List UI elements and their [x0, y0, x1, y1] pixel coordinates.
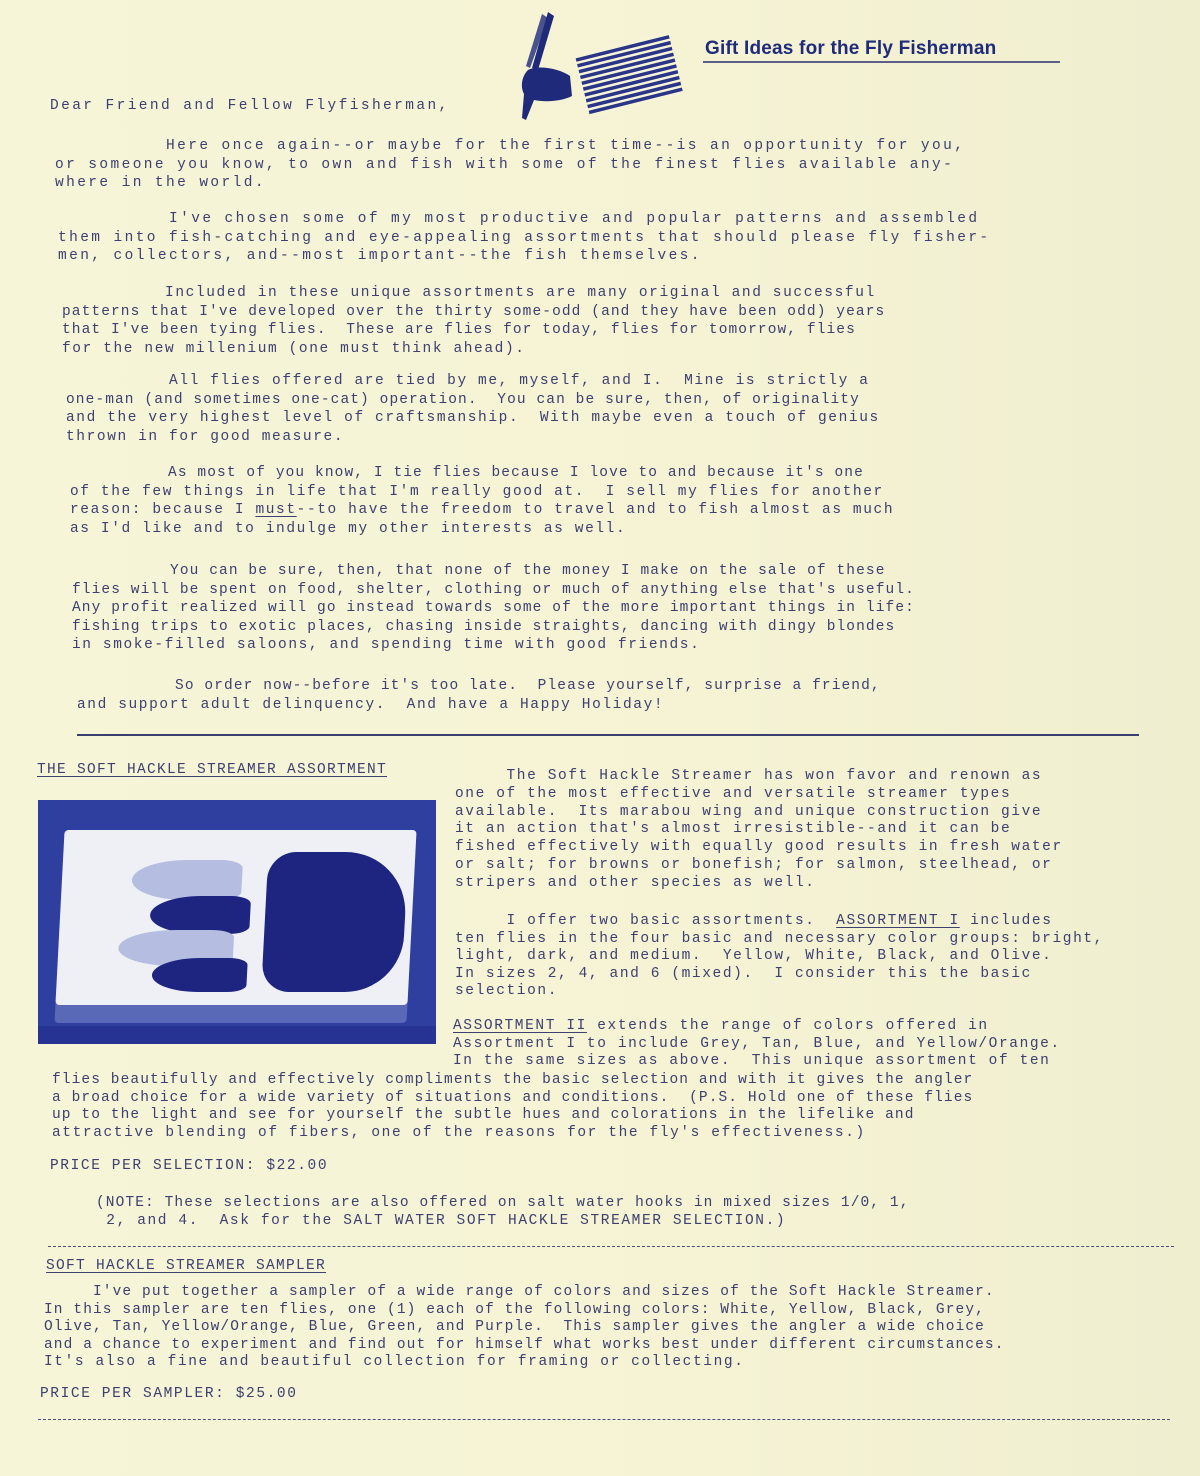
assortment-two-continued: flies beautifully and effectively compli… — [52, 1072, 973, 1142]
text-line: patterns that I've developed over the th… — [62, 303, 885, 322]
text-line: Olive, Tan, Yellow/Orange, Blue, Green, … — [44, 1319, 1005, 1337]
text-line: In the same sizes as above. This unique … — [453, 1053, 1061, 1071]
sampler-heading: SOFT HACKLE STREAMER SAMPLER — [46, 1257, 326, 1275]
text-line: one of the most effective and versatile … — [455, 786, 1063, 804]
assortment-intro: The Soft Hackle Streamer has won favor a… — [455, 768, 1063, 893]
letter-salutation: Dear Friend and Fellow Flyfisherman, — [50, 97, 450, 115]
quill-hand-letter-icon — [508, 10, 688, 128]
letter-paragraph: All flies offered are tied by me, myself… — [66, 372, 880, 446]
text-line: it an action that's almost irresistible-… — [455, 821, 1063, 839]
text-line: As most of you know, I tie flies because… — [70, 464, 894, 483]
dashed-divider-bottom — [38, 1419, 1170, 1420]
text-line: one-man (and sometimes one-cat) operatio… — [66, 391, 880, 410]
text-line: fishing trips to exotic places, chasing … — [72, 618, 915, 637]
title-underline — [703, 61, 1060, 63]
salt-water-note: (NOTE: These selections are also offered… — [96, 1194, 910, 1230]
text-line: I've chosen some of my most productive a… — [58, 210, 991, 229]
text-line: flies will be spent on food, shelter, cl… — [72, 581, 915, 600]
section-divider — [77, 734, 1139, 736]
dashed-divider — [48, 1246, 1174, 1247]
text-line: 2, and 4. Ask for the SALT WATER SOFT HA… — [96, 1212, 910, 1230]
text-line: flies beautifully and effectively compli… — [52, 1072, 973, 1090]
text-line: ASSORTMENT II extends the range of color… — [453, 1018, 1061, 1036]
assortment-two-description: ASSORTMENT II extends the range of color… — [453, 1018, 1061, 1071]
catalog-page: Gift Ideas for the Fly Fisherman Dear Fr… — [0, 0, 1200, 1476]
text-line: of the few things in life that I'm reall… — [70, 483, 894, 502]
text-line: for the new millenium (one must think ah… — [62, 340, 885, 359]
text-line: You can be sure, then, that none of the … — [72, 562, 915, 581]
text-line: All flies offered are tied by me, myself… — [66, 372, 880, 391]
text-line: It's also a fine and beautiful collectio… — [44, 1354, 1005, 1372]
text-line: and support adult delinquency. And have … — [77, 696, 881, 715]
letter-paragraph: Here once again--or maybe for the first … — [55, 137, 965, 193]
letter-paragraph: As most of you know, I tie flies because… — [70, 464, 894, 538]
text-line: In sizes 2, 4, and 6 (mixed). I consider… — [455, 966, 1104, 984]
assortment-one-description: I offer two basic assortments. ASSORTMEN… — [455, 913, 1104, 1001]
text-line: men, collectors, and--most important--th… — [58, 247, 991, 266]
text-line: a broad choice for a wide variety of sit… — [52, 1090, 973, 1108]
text-line: in smoke-filled saloons, and spending ti… — [72, 636, 915, 655]
text-line: I offer two basic assortments. ASSORTMEN… — [455, 913, 1104, 931]
text-line: attractive blending of fibers, one of th… — [52, 1125, 973, 1143]
text-line: reason: because I must--to have the free… — [70, 501, 894, 520]
text-line: So order now--before it's too late. Plea… — [77, 677, 881, 696]
text-line: and a chance to experiment and find out … — [44, 1337, 1005, 1355]
letter-paragraph: I've chosen some of my most productive a… — [58, 210, 991, 266]
text-line: where in the world. — [55, 174, 965, 193]
selection-price: PRICE PER SELECTION: $22.00 — [50, 1157, 328, 1175]
text-line: stripers and other species as well. — [455, 875, 1063, 893]
text-line: up to the light and see for yourself the… — [52, 1107, 973, 1125]
sampler-description: I've put together a sampler of a wide ra… — [44, 1284, 1005, 1372]
text-line: selection. — [455, 983, 1104, 1001]
letter-paragraph: You can be sure, then, that none of the … — [72, 562, 915, 655]
text-line: or someone you know, to own and fish wit… — [55, 156, 965, 175]
page-title: Gift Ideas for the Fly Fisherman — [705, 38, 996, 60]
text-line: The Soft Hackle Streamer has won favor a… — [455, 768, 1063, 786]
text-line: them into fish-catching and eye-appealin… — [58, 229, 991, 248]
text-line: thrown in for good measure. — [66, 428, 880, 447]
text-line: ten flies in the four basic and necessar… — [455, 931, 1104, 949]
text-line: as I'd like and to indulge my other inte… — [70, 520, 894, 539]
text-line: (NOTE: These selections are also offered… — [96, 1194, 910, 1212]
text-line: that I've been tying flies. These are fl… — [62, 321, 885, 340]
letter-paragraph: So order now--before it's too late. Plea… — [77, 677, 881, 714]
sampler-price: PRICE PER SAMPLER: $25.00 — [40, 1385, 298, 1403]
text-line: I've put together a sampler of a wide ra… — [44, 1284, 1005, 1302]
text-line: light, dark, and medium. Yellow, White, … — [455, 948, 1104, 966]
text-line: fished effectively with equally good res… — [455, 839, 1063, 857]
text-line: Included in these unique assortments are… — [62, 284, 885, 303]
text-line: Here once again--or maybe for the first … — [55, 137, 965, 156]
fly-box-photo — [38, 800, 436, 1044]
text-line: available. Its marabou wing and unique c… — [455, 804, 1063, 822]
text-line: Any profit realized will go instead towa… — [72, 599, 915, 618]
text-line: In this sampler are ten flies, one (1) e… — [44, 1302, 1005, 1320]
text-line: Assortment I to include Grey, Tan, Blue,… — [453, 1036, 1061, 1054]
letter-paragraph: Included in these unique assortments are… — [62, 284, 885, 358]
assortment-heading: THE SOFT HACKLE STREAMER ASSORTMENT — [37, 761, 387, 779]
text-line: or salt; for browns or bonefish; for sal… — [455, 857, 1063, 875]
text-line: and the very highest level of craftsmans… — [66, 409, 880, 428]
